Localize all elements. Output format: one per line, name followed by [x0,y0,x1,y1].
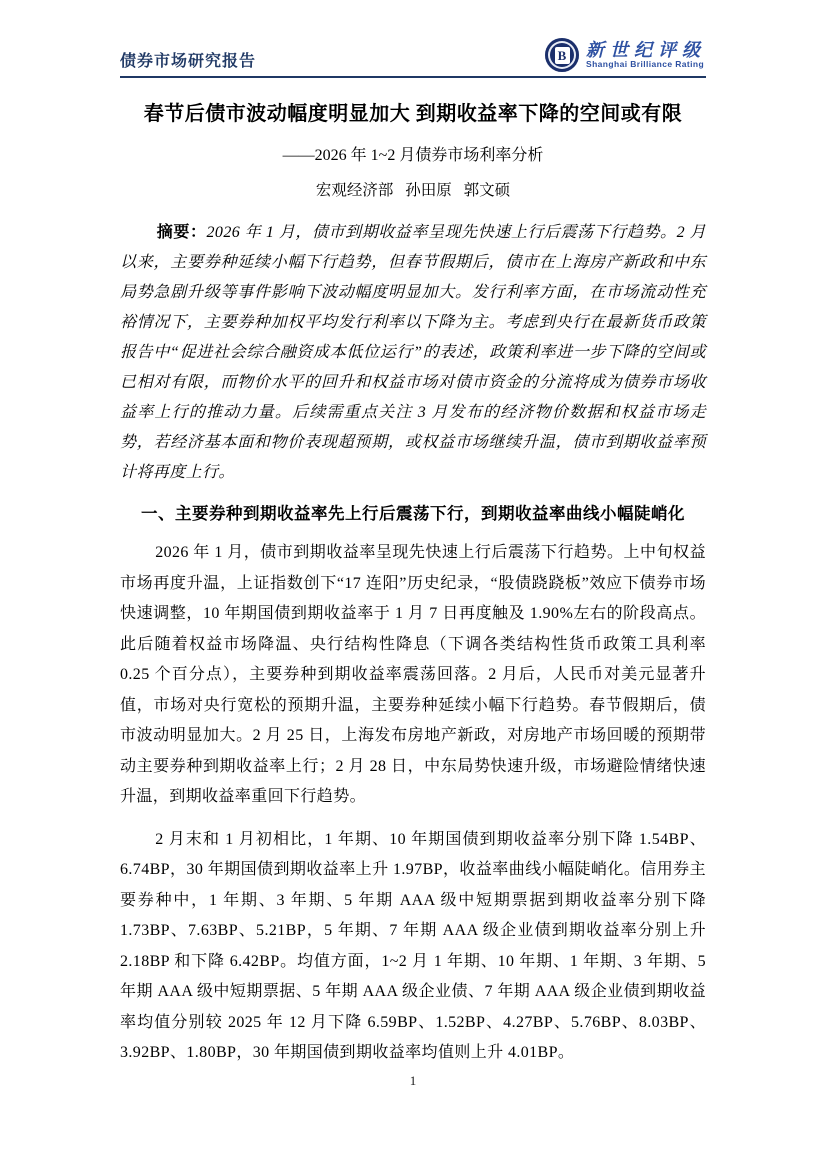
section-1-paragraph-1: 2026 年 1 月，债市到期收益率呈现先快速上行后震荡下行趋势。上中旬权益市场… [120,538,706,813]
company-logo: B 新世纪评级 Shanghai Brilliance Rating [545,38,706,74]
report-type-label: 债券市场研究报告 [120,48,256,74]
seal-emblem-letter: B [555,47,570,64]
section-1-paragraph-2: 2 月末和 1 月初相比，1 年期、10 年期国债到期收益率分别下降 1.54B… [120,825,706,1069]
section-1-heading: 一、主要券种到期收益率先上行后震荡下行，到期收益率曲线小幅陡峭化 [120,502,706,526]
header-divider [120,76,706,78]
header-row: 债券市场研究报告 B 新世纪评级 Shanghai Brilliance Rat… [120,0,706,74]
report-page: 债券市场研究报告 B 新世纪评级 Shanghai Brilliance Rat… [0,0,826,1169]
company-name-cn: 新世纪评级 [586,40,706,61]
document-body: 春节后债市波动幅度明显加大 到期收益率下降的空间或有限 ——2026 年 1~2… [120,102,706,1069]
abstract-text: 2026 年 1 月，债市到期收益率呈现先快速上行后震荡下行趋势。2 月以来，主… [120,224,706,481]
company-seal-icon: B [545,38,579,72]
document-subtitle: ——2026 年 1~2 月债券市场利率分析 [120,142,706,165]
document-title: 春节后债市波动幅度明显加大 到期收益率下降的空间或有限 [120,102,706,126]
abstract-label: 摘要： [157,224,207,241]
report-header: 债券市场研究报告 B 新世纪评级 Shanghai Brilliance Rat… [120,0,706,78]
document-authors: 宏观经济部 孙田原 郭文硕 [120,178,706,200]
abstract-paragraph: 摘要：2026 年 1 月，债市到期收益率呈现先快速上行后震荡下行趋势。2 月以… [120,218,706,488]
page-number: 1 [0,1073,826,1089]
company-name-en: Shanghai Brilliance Rating [586,60,706,70]
company-logo-text: 新世纪评级 Shanghai Brilliance Rating [586,40,706,70]
